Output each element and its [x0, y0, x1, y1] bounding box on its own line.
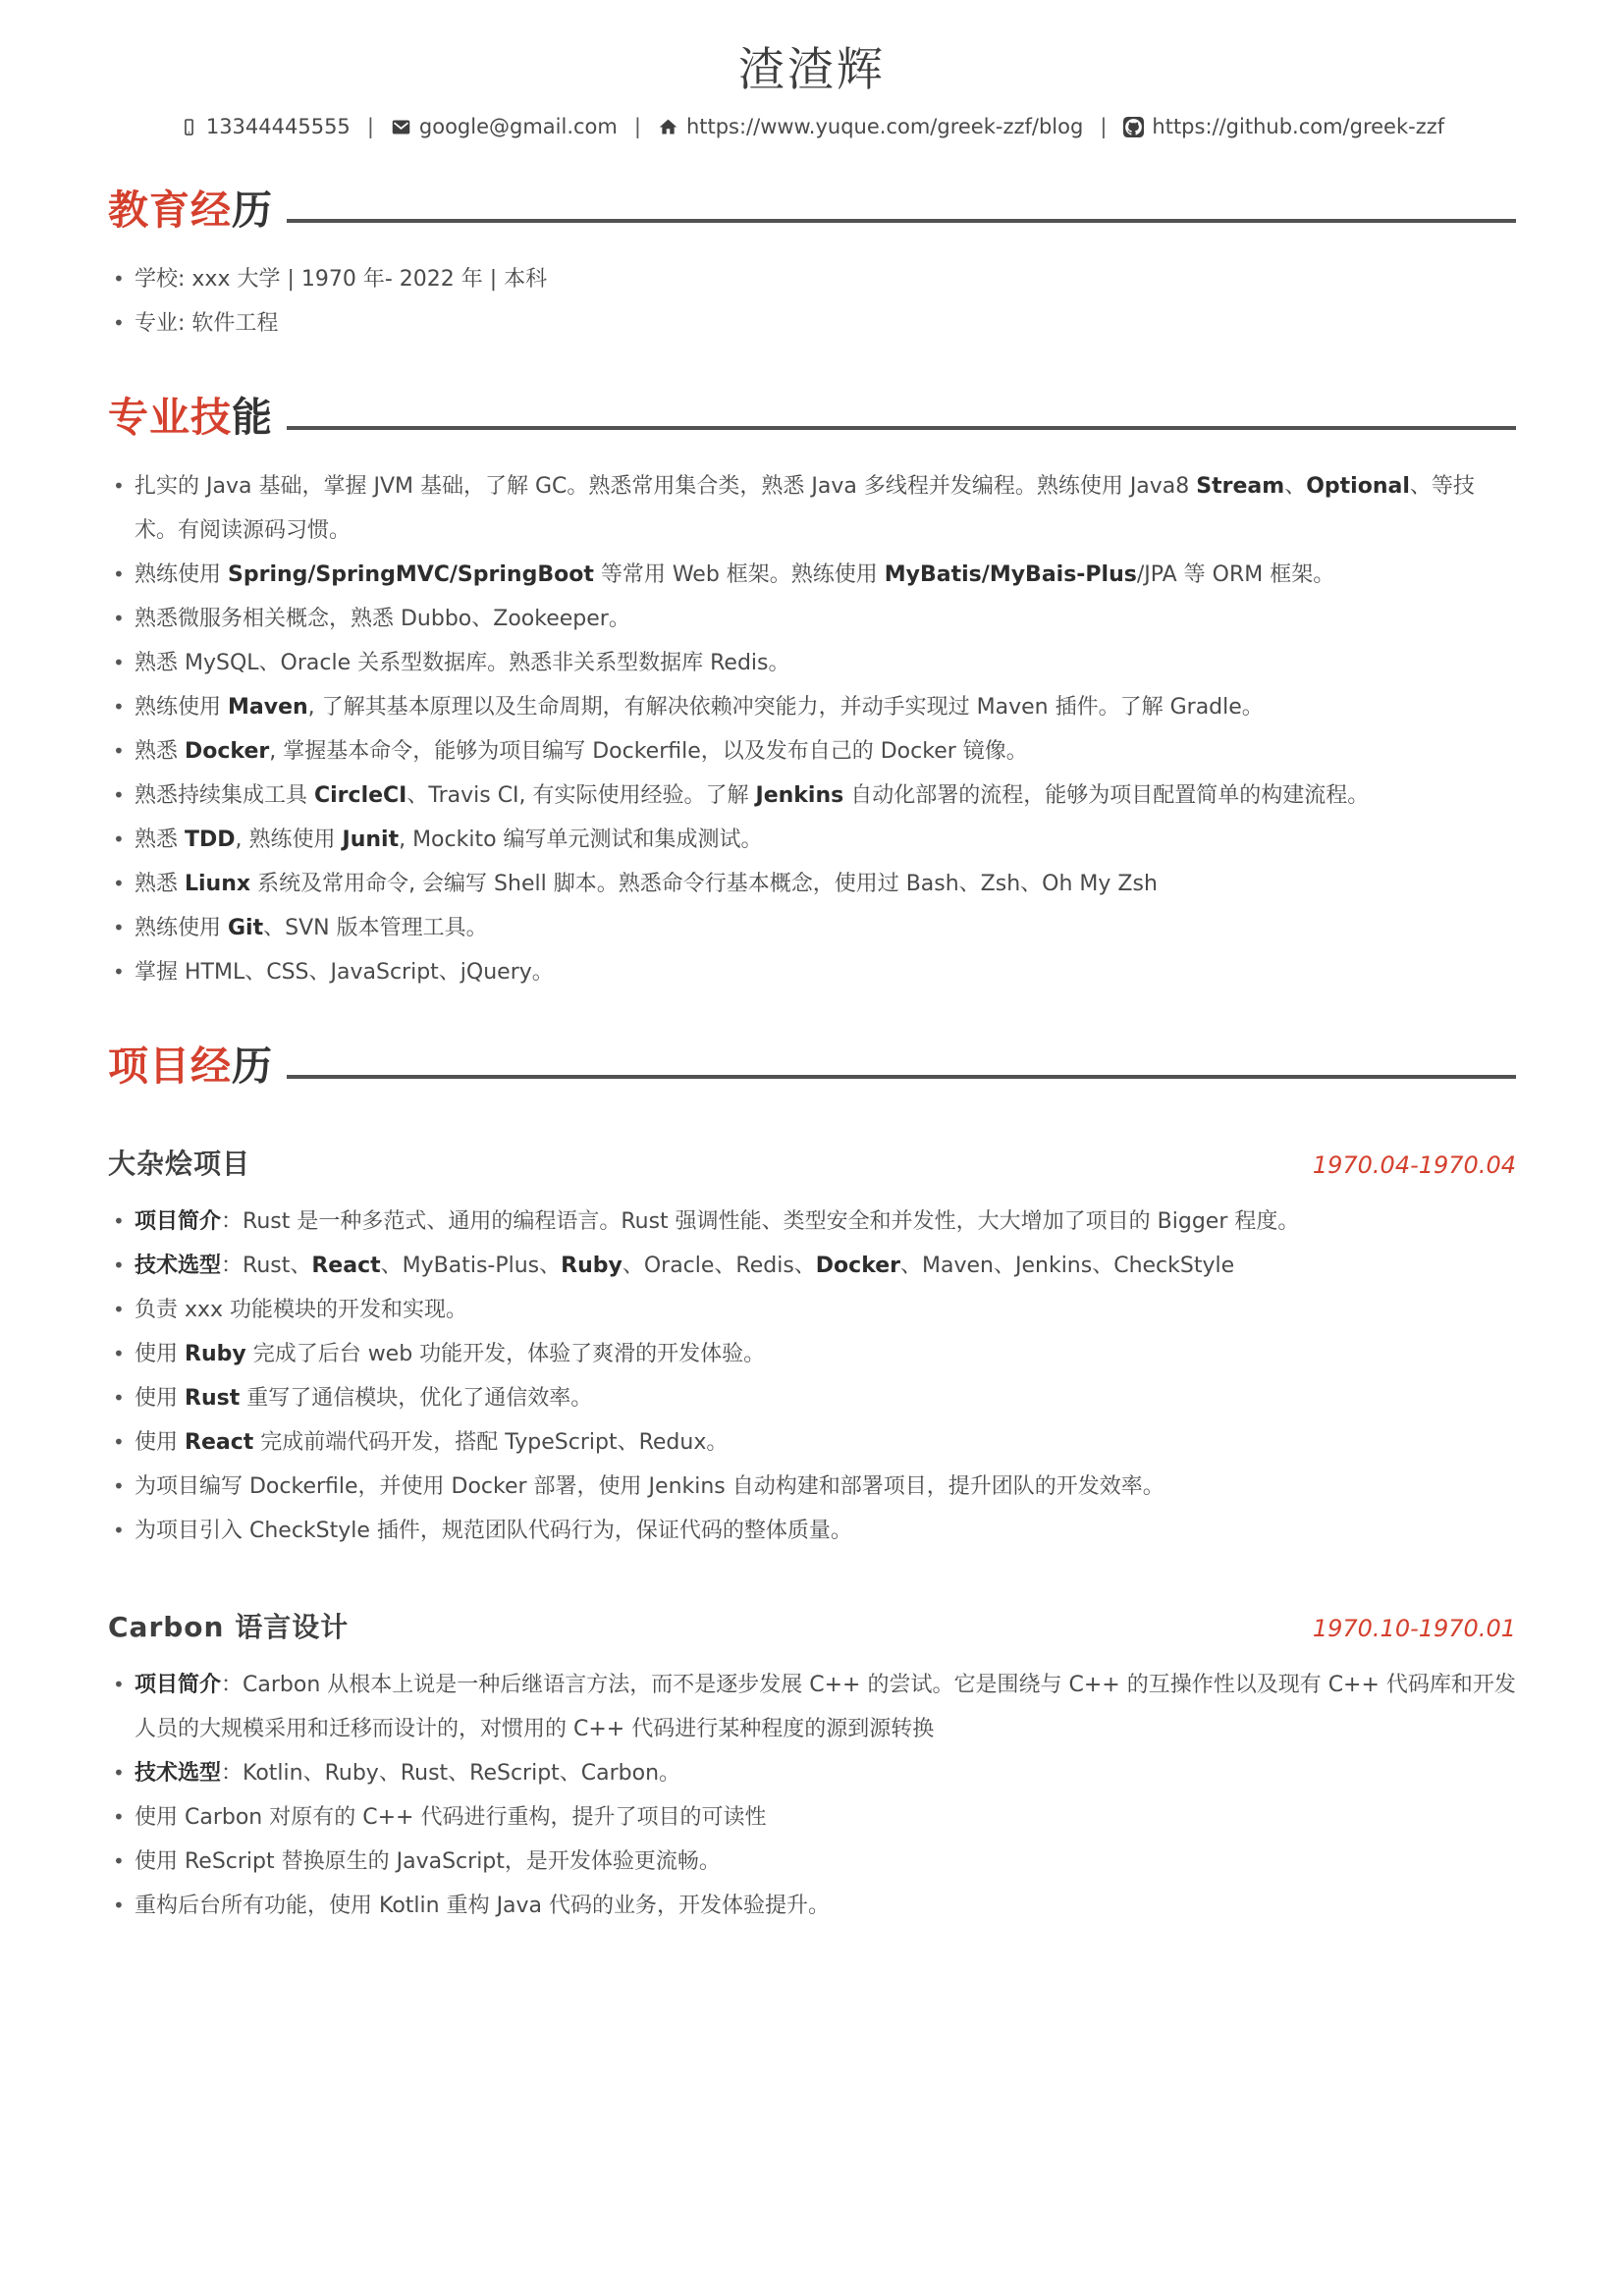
section-skills: 专业技 能 扎实的 Java 基础，掌握 JVM 基础，了解 GC。熟悉常用集合… [108, 395, 1516, 994]
bullet-item: 专业: 软件工程 [108, 301, 1516, 346]
bullet-item: 熟悉 Liunx 系统及常用命令, 会编写 Shell 脚本。熟悉命令行基本概念… [108, 862, 1516, 906]
page-title: 渣渣辉 [108, 33, 1516, 99]
skills-heading: 专业技 能 [108, 395, 1516, 441]
bullet-item: 使用 Carbon 对原有的 C++ 代码进行重构，提升了项目的可读性 [108, 1795, 1516, 1840]
bullet-text: 熟悉 Liunx 系统及常用命令, 会编写 Shell 脚本。熟悉命令行基本概念… [135, 872, 1158, 896]
bullet-item: 熟悉微服务相关概念，熟悉 Dubbo、Zookeeper。 [108, 597, 1516, 641]
bullet-text: 学校: xxx 大学 | 1970 年- 2022 年 | 本科 [135, 267, 547, 292]
contact-row: 13344445555 | google@gmail.com | https:/… [108, 115, 1516, 138]
bullet-item: 熟练使用 Spring/SpringMVC/SpringBoot 等常用 Web… [108, 553, 1516, 597]
bullet-item: 使用 Rust 重写了通信模块，优化了通信效率。 [108, 1376, 1516, 1420]
bullet-item: 为项目引入 CheckStyle 插件，规范团队代码行为，保证代码的整体质量。 [108, 1509, 1516, 1553]
bullet-text: 使用 Rust 重写了通信模块，优化了通信效率。 [135, 1386, 592, 1411]
section-title-red: 专业技 [108, 395, 232, 441]
section-title-dark: 历 [232, 187, 273, 234]
bullet-item: 负责 xxx 功能模块的开发和实现。 [108, 1288, 1516, 1332]
bullet-text: 负责 xxx 功能模块的开发和实现。 [135, 1298, 467, 1322]
project-entry-2: Carbon 语言设计 1970.10-1970.01 项目简介：Carbon … [108, 1606, 1516, 1928]
bullet-item: 技术选型：Kotlin、Ruby、Rust、ReScript、Carbon。 [108, 1751, 1516, 1795]
bullet-item: 熟悉持续集成工具 CircleCI、Travis CI, 有实际使用经验。了解 … [108, 774, 1516, 818]
bullet-item: 熟悉 MySQL、Oracle 关系型数据库。熟悉非关系型数据库 Redis。 [108, 641, 1516, 685]
bullet-text: 为项目引入 CheckStyle 插件，规范团队代码行为，保证代码的整体质量。 [135, 1519, 852, 1543]
section-projects: 项目经 历 大杂烩项目 1970.04-1970.04 项目简介：Rust 是一… [108, 1043, 1516, 1928]
contact-email[interactable]: google@gmail.com [391, 115, 618, 138]
bullet-text: 熟悉 MySQL、Oracle 关系型数据库。熟悉非关系型数据库 Redis。 [135, 651, 789, 675]
bullet-item: 熟练使用 Maven, 了解其基本原理以及生命周期，有解决依赖冲突能力，并动手实… [108, 685, 1516, 729]
phone-icon [180, 118, 198, 136]
contact-email-text: google@gmail.com [419, 115, 618, 138]
project-title: 大杂烩项目 [108, 1143, 250, 1182]
bullet-text: 重构后台所有功能，使用 Kotlin 重构 Java 代码的业务，开发体验提升。 [135, 1894, 830, 1918]
bullet-text: 技术选型：Rust、React、MyBatis-Plus、Ruby、Oracle… [135, 1254, 1234, 1278]
project-entry-header: 大杂烩项目 1970.04-1970.04 [108, 1143, 1516, 1182]
bullet-text: 为项目编写 Dockerfile，并使用 Docker 部署，使用 Jenkin… [135, 1474, 1164, 1499]
project-entry-1: 大杂烩项目 1970.04-1970.04 项目简介：Rust 是一种多范式、通… [108, 1143, 1516, 1553]
bullet-text: 使用 Ruby 完成了后台 web 功能开发，体验了爽滑的开发体验。 [135, 1342, 765, 1366]
bullet-text: 专业: 软件工程 [135, 311, 278, 336]
bullet-text: 项目简介：Carbon 从根本上说是一种后继语言方法，而不是逐步发展 C++ 的… [135, 1673, 1516, 1741]
project-entries: 大杂烩项目 1970.04-1970.04 项目简介：Rust 是一种多范式、通… [108, 1143, 1516, 1928]
email-icon [391, 117, 411, 137]
bullet-text: 熟悉微服务相关概念，熟悉 Dubbo、Zookeeper。 [135, 607, 630, 631]
project-1-list: 项目简介：Rust 是一种多范式、通用的编程语言。Rust 强调性能、类型安全和… [108, 1200, 1516, 1553]
bullet-text: 技术选型：Kotlin、Ruby、Rust、ReScript、Carbon。 [135, 1761, 680, 1786]
heading-rule [287, 426, 1516, 430]
bullet-item: 学校: xxx 大学 | 1970 年- 2022 年 | 本科 [108, 257, 1516, 301]
bullet-item: 使用 ReScript 替换原生的 JavaScript，是开发体验更流畅。 [108, 1840, 1516, 1884]
bullet-item: 项目简介：Carbon 从根本上说是一种后继语言方法，而不是逐步发展 C++ 的… [108, 1663, 1516, 1751]
bullet-item: 掌握 HTML、CSS、JavaScript、jQuery。 [108, 950, 1516, 994]
github-icon [1123, 117, 1144, 137]
bullet-item: 熟练使用 Git、SVN 版本管理工具。 [108, 906, 1516, 950]
bullet-item: 使用 React 完成前端代码开发，搭配 TypeScript、Redux。 [108, 1420, 1516, 1465]
section-title-red: 教育经 [108, 187, 232, 234]
projects-heading: 项目经 历 [108, 1043, 1516, 1090]
section-education: 教育经 历 学校: xxx 大学 | 1970 年- 2022 年 | 本科 专… [108, 187, 1516, 346]
project-date: 1970.04-1970.04 [1313, 1151, 1516, 1179]
resume-page: 渣渣辉 13344445555 | google@gmail.com | htt… [0, 0, 1624, 2296]
section-title-dark: 历 [232, 1043, 273, 1090]
bullet-item: 使用 Ruby 完成了后台 web 功能开发，体验了爽滑的开发体验。 [108, 1332, 1516, 1376]
bullet-item: 技术选型：Rust、React、MyBatis-Plus、Ruby、Oracle… [108, 1244, 1516, 1288]
skills-list: 扎实的 Java 基础，掌握 JVM 基础，了解 GC。熟悉常用集合类，熟悉 J… [108, 464, 1516, 994]
heading-rule [287, 219, 1516, 223]
bullet-text: 掌握 HTML、CSS、JavaScript、jQuery。 [135, 960, 554, 985]
home-icon [658, 117, 678, 137]
contact-separator: | [365, 115, 376, 138]
bullet-item: 熟悉 TDD, 熟练使用 Junit, Mockito 编写单元测试和集成测试。 [108, 818, 1516, 862]
project-entry-header: Carbon 语言设计 1970.10-1970.01 [108, 1606, 1516, 1645]
project-date: 1970.10-1970.01 [1313, 1615, 1516, 1642]
bullet-item: 为项目编写 Dockerfile，并使用 Docker 部署，使用 Jenkin… [108, 1465, 1516, 1509]
project-title: Carbon 语言设计 [108, 1606, 349, 1645]
bullet-item: 项目简介：Rust 是一种多范式、通用的编程语言。Rust 强调性能、类型安全和… [108, 1200, 1516, 1244]
contact-separator: | [632, 115, 643, 138]
bullet-text: 熟悉 TDD, 熟练使用 Junit, Mockito 编写单元测试和集成测试。 [135, 828, 763, 852]
section-title-red: 项目经 [108, 1043, 232, 1090]
bullet-item: 熟悉 Docker, 掌握基本命令，能够为项目编写 Dockerfile，以及发… [108, 729, 1516, 774]
contact-github-text: https://github.com/greek-zzf [1152, 115, 1444, 138]
section-title-dark: 能 [232, 395, 273, 441]
bullet-item: 重构后台所有功能，使用 Kotlin 重构 Java 代码的业务，开发体验提升。 [108, 1884, 1516, 1928]
bullet-text: 使用 Carbon 对原有的 C++ 代码进行重构，提升了项目的可读性 [135, 1805, 766, 1830]
bullet-text: 使用 ReScript 替换原生的 JavaScript，是开发体验更流畅。 [135, 1849, 721, 1874]
bullet-text: 项目简介：Rust 是一种多范式、通用的编程语言。Rust 强调性能、类型安全和… [135, 1209, 1299, 1234]
education-heading: 教育经 历 [108, 187, 1516, 234]
contact-github[interactable]: https://github.com/greek-zzf [1123, 115, 1444, 138]
project-2-list: 项目简介：Carbon 从根本上说是一种后继语言方法，而不是逐步发展 C++ 的… [108, 1663, 1516, 1928]
bullet-text: 熟练使用 Maven, 了解其基本原理以及生命周期，有解决依赖冲突能力，并动手实… [135, 695, 1264, 720]
bullet-text: 熟悉 Docker, 掌握基本命令，能够为项目编写 Dockerfile，以及发… [135, 739, 1028, 764]
bullet-text: 熟练使用 Spring/SpringMVC/SpringBoot 等常用 Web… [135, 562, 1334, 587]
contact-separator: | [1098, 115, 1109, 138]
bullet-text: 熟练使用 Git、SVN 版本管理工具。 [135, 916, 488, 940]
contact-blog[interactable]: https://www.yuque.com/greek-zzf/blog [658, 115, 1083, 138]
heading-rule [287, 1075, 1516, 1079]
bullet-text: 熟悉持续集成工具 CircleCI、Travis CI, 有实际使用经验。了解 … [135, 783, 1369, 808]
contact-phone-text: 13344445555 [206, 115, 351, 138]
contact-phone[interactable]: 13344445555 [180, 115, 351, 138]
bullet-text: 扎实的 Java 基础，掌握 JVM 基础，了解 GC。熟悉常用集合类，熟悉 J… [135, 474, 1475, 543]
bullet-item: 扎实的 Java 基础，掌握 JVM 基础，了解 GC。熟悉常用集合类，熟悉 J… [108, 464, 1516, 553]
education-list: 学校: xxx 大学 | 1970 年- 2022 年 | 本科 专业: 软件工… [108, 257, 1516, 346]
contact-blog-text: https://www.yuque.com/greek-zzf/blog [686, 115, 1083, 138]
bullet-text: 使用 React 完成前端代码开发，搭配 TypeScript、Redux。 [135, 1430, 728, 1455]
